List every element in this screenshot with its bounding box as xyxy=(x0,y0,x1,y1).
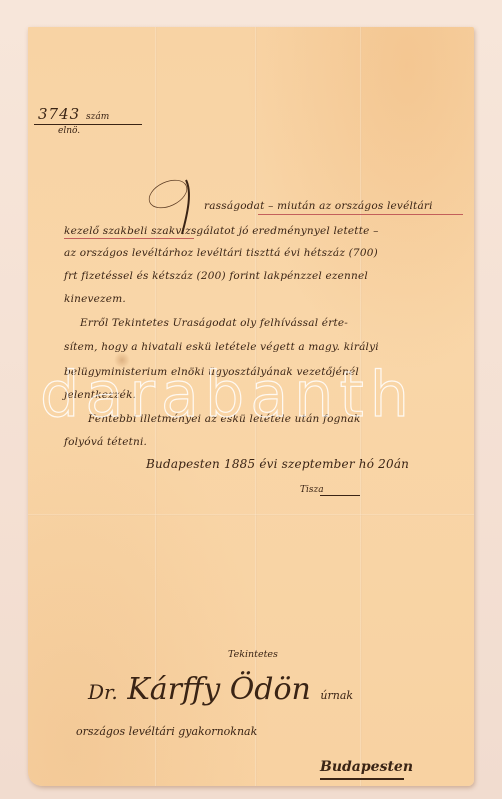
red-underline xyxy=(64,238,194,239)
reference-number-value: 3743 xyxy=(38,105,80,123)
body-line: Erről Tekintetes Uraságodat oly felhívás… xyxy=(80,317,348,329)
watermark: darabanth xyxy=(40,358,415,431)
recipient-city: Budapesten xyxy=(320,759,413,775)
reference-underline xyxy=(34,124,142,125)
recipient-name-text: Kárffy Ödön xyxy=(127,672,311,707)
body-line: kinevezem. xyxy=(64,293,126,305)
signature: Tisza xyxy=(300,485,324,495)
reference-number-suffix: szám xyxy=(86,112,109,122)
reference-sub: elnö. xyxy=(58,126,80,136)
body-line: frt fizetéssel és kétszáz (200) forint l… xyxy=(64,270,368,282)
body-line: kezelő szakbeli szakvizsgálatot jó eredm… xyxy=(64,225,379,237)
reference-number: 3743 szám xyxy=(38,105,109,123)
body-line: sítem, hogy a hivatali eskü letétele vég… xyxy=(64,341,379,353)
body-line: az országos levéltárhoz levéltári tisztt… xyxy=(64,247,378,259)
body-line: rasságodat – miután az országos levéltár… xyxy=(204,200,433,212)
recipient-name-suffix: úrnak xyxy=(320,689,353,702)
fold-line xyxy=(28,514,474,516)
date-line: Budapesten 1885 évi szeptember hó 20án xyxy=(146,457,409,471)
signature-line xyxy=(320,495,360,496)
recipient-name: Dr. Kárffy Ödön úrnak xyxy=(88,672,353,707)
red-underline xyxy=(258,214,463,215)
city-underline xyxy=(320,778,404,780)
recipient-role: országos levéltári gyakornoknak xyxy=(76,725,257,738)
recipient-honorific: Dr. xyxy=(88,680,118,704)
body-line: folyóvá tétetni. xyxy=(64,436,147,448)
address-title: Tekintetes xyxy=(228,649,278,660)
